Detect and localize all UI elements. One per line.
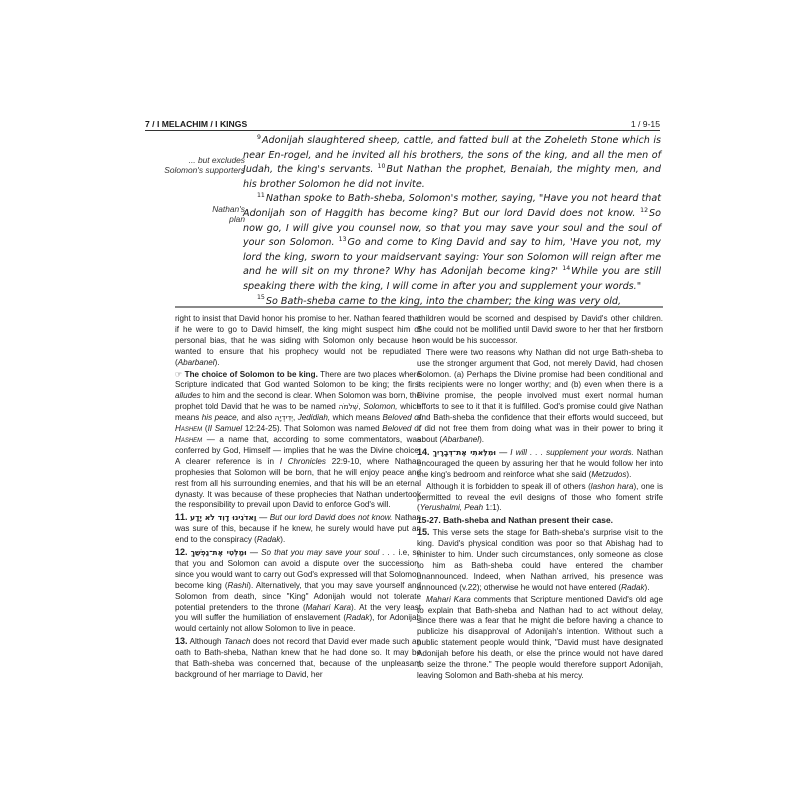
- lemma-translation: — I will . . . supplement your words.: [496, 448, 634, 457]
- verse-number: 15: [257, 294, 265, 301]
- margin-note-nathans-plan: Nathan's plan: [197, 205, 245, 224]
- running-head: 7 / I MELACHIM / I KINGS 1 / 9-15: [145, 115, 660, 129]
- pointing-hand-icon: ☜: [175, 370, 182, 381]
- text: ).: [626, 470, 631, 479]
- citation: Yerushalmi, Peah: [420, 503, 483, 512]
- commentary-note-11: 11. וַאדֹנִינוּ דָוִד לֹא יָדָע — But ou…: [175, 512, 421, 546]
- commentary-paragraph: right to insist that David honor his pro…: [175, 314, 421, 369]
- note-number: 14.: [417, 447, 430, 457]
- citation: Radak: [346, 613, 369, 622]
- citation: Rashi: [228, 581, 249, 590]
- commentary-column-right: children would be scorned and despised b…: [417, 314, 663, 683]
- text: ).: [215, 358, 220, 367]
- note-number: 12.: [175, 547, 188, 557]
- text: Tanach: [224, 637, 250, 646]
- text: comments that Scripture mentioned David'…: [417, 595, 663, 680]
- verse-number: 10: [378, 163, 386, 170]
- note-number: 15.: [417, 527, 430, 537]
- hebrew-lemma: וּמִלֵּאתִי אֶת־דְּבָרָיִךְ: [433, 448, 496, 457]
- commentary-paragraph: There were two reasons why Nathan did no…: [417, 348, 663, 446]
- citation: I Chronicles: [280, 457, 326, 466]
- text: ).: [280, 535, 285, 544]
- chapter-verse-range: 1 / 9-15: [631, 119, 660, 129]
- citation: Mahari Kara: [426, 595, 471, 604]
- text: 1:1).: [483, 503, 501, 512]
- header-rule: [145, 130, 660, 131]
- verse-number: 12: [640, 207, 648, 214]
- verse-number: 11: [257, 192, 265, 199]
- commentary-divider: [175, 306, 663, 308]
- citation: Radak: [621, 583, 644, 592]
- text: his peace,: [202, 413, 239, 422]
- verses-11-14: 11Nathan spoke to Bath-sheba, Solomon's …: [243, 192, 661, 294]
- lemma-translation: — So that you may save your soul . . .: [247, 548, 396, 557]
- text: Jedidiah,: [298, 413, 330, 422]
- commentary-paragraph: children would be scorned and despised b…: [417, 314, 663, 347]
- note-number: 11.: [175, 512, 188, 522]
- section-heading: The choice of Solomon to be king.: [185, 370, 318, 379]
- verse-number: 13: [339, 236, 347, 243]
- text: Solomon,: [363, 402, 397, 411]
- verses-9-10: 9Adonijah slaughtered sheep, cattle, and…: [243, 134, 661, 192]
- citation: Mahari Kara: [306, 603, 351, 612]
- text: Beloved of: [383, 413, 421, 422]
- section-heading-15-27: 15-27. Bath-sheba and Nathan present the…: [417, 515, 663, 526]
- commentary-column-left: right to insist that David honor his pro…: [175, 314, 421, 682]
- text: Hashem: [175, 424, 202, 433]
- book-page: 7 / I MELACHIM / I KINGS 1 / 9-15 ... bu…: [0, 0, 800, 800]
- verse-11: Nathan spoke to Bath-sheba, Solomon's mo…: [243, 193, 661, 219]
- text: There were two reasons why Nathan did no…: [417, 348, 663, 444]
- commentary-paragraph: Although it is forbidden to speak ill of…: [417, 482, 663, 515]
- verse-number: 14: [562, 265, 570, 272]
- text: 12:24-25). That Solomon was named: [242, 424, 382, 433]
- citation: Radak: [257, 535, 280, 544]
- hebrew-lemma: וּמַלְּטִי אֶת־נַפְשֵׁךְ: [191, 548, 247, 557]
- note-number: 13.: [175, 636, 188, 646]
- text: alludes: [175, 391, 201, 400]
- commentary-note-14: 14. וּמִלֵּאתִי אֶת־דְּבָרָיִךְ — I will…: [417, 447, 663, 481]
- citation: II Samuel: [208, 424, 243, 433]
- verse-number: 9: [257, 134, 261, 141]
- margin-note-excludes-supporters: ... but excludes Solomon's supporters: [150, 156, 245, 175]
- scripture-translation: 9Adonijah slaughtered sheep, cattle, and…: [243, 134, 661, 309]
- text: ).: [479, 435, 484, 444]
- hebrew-word: יְדִידְיָהּ: [275, 413, 293, 422]
- commentary-note-12: 12. וּמַלְּטִי אֶת־נַפְשֵׁךְ — So that y…: [175, 547, 421, 635]
- citation: Abarbanel: [442, 435, 479, 444]
- text: lashon hara: [591, 482, 634, 491]
- hebrew-lemma: וַאדֹנִינוּ דָוִד לֹא יָדָע: [190, 513, 257, 522]
- commentary-note-13: 13. Although Tanach does not record that…: [175, 636, 421, 681]
- commentary-paragraph: Mahari Kara comments that Scripture ment…: [417, 595, 663, 682]
- text: ).: [645, 583, 650, 592]
- text: and also: [239, 413, 275, 422]
- running-title: 7 / I MELACHIM / I KINGS: [145, 119, 247, 129]
- verse-15: So Bath-sheba came to the king, into the…: [266, 296, 621, 307]
- commentary-choice-of-solomon: ☜ The choice of Solomon to be king. Ther…: [175, 370, 421, 512]
- text: Although it is forbidden to speak ill of…: [426, 482, 591, 491]
- text: Although: [188, 637, 225, 646]
- citation: Abarbanel: [178, 358, 215, 367]
- citation: Metzudos: [591, 470, 626, 479]
- text: Beloved of: [382, 424, 421, 433]
- lemma-translation: — But our lord David does not know.: [257, 513, 393, 522]
- text: which means: [330, 413, 382, 422]
- hebrew-word: שְׁלֹמֹה: [338, 402, 358, 411]
- text: Hashem: [175, 435, 202, 444]
- commentary-note-15: 15. This verse sets the stage for Bath-s…: [417, 527, 663, 593]
